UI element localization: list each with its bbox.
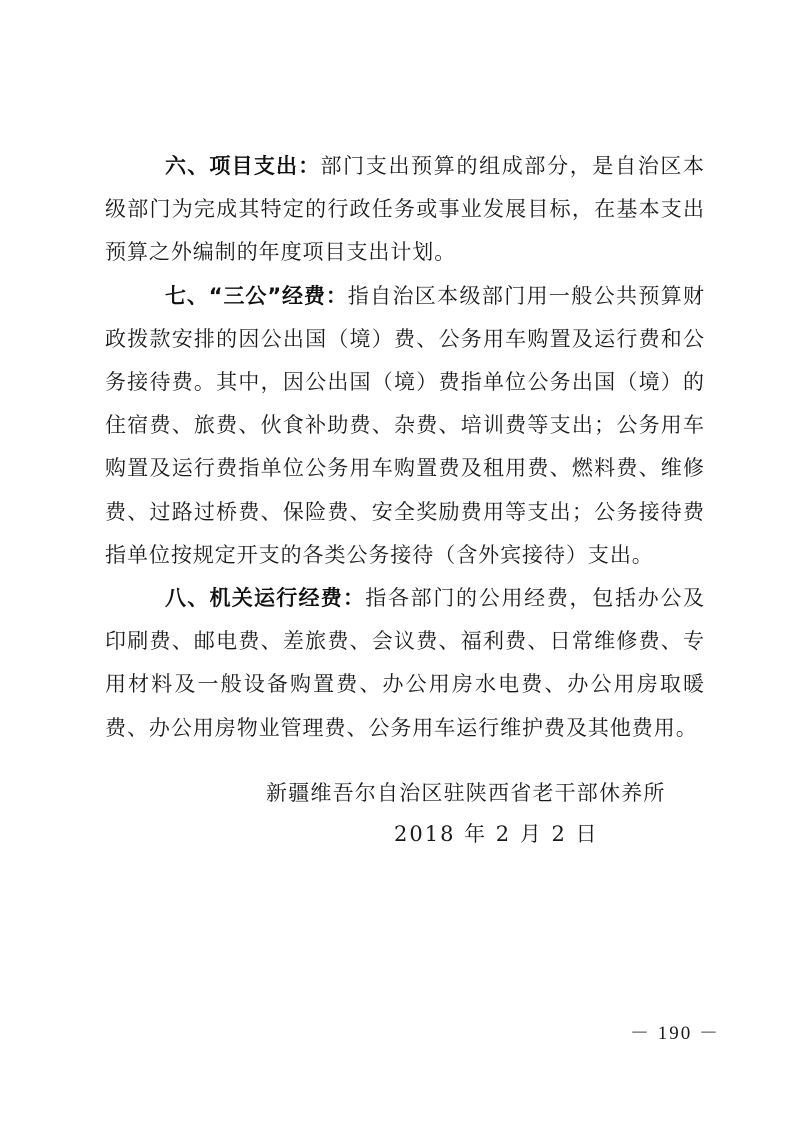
paragraph-heading: 八、机关运行经费： <box>165 586 365 610</box>
paragraph-three-public-expenses: 七、“三公”经费：指自治区本级部门用一般公共预算财政拨款安排的因公出国（境）费、… <box>105 275 705 577</box>
paragraph-project-expenditure: 六、项目支出：部门支出预算的组成部分，是自治区本级部门为完成其特定的行政任务或事… <box>105 145 705 275</box>
page-number: － 190 － <box>630 1018 720 1045</box>
paragraph-text: 指自治区本级部门用一般公共预算财政拨款安排的因公出国（境）费、公务用车购置及运行… <box>105 284 705 567</box>
paragraph-heading: 七、“三公”经费： <box>165 284 348 308</box>
paragraph-heading: 六、项目支出： <box>165 154 320 178</box>
document-body: 六、项目支出：部门支出预算的组成部分，是自治区本级部门为完成其特定的行政任务或事… <box>105 145 705 750</box>
paragraph-operating-expenses: 八、机关运行经费：指各部门的公用经费，包括办公及印刷费、邮电费、差旅费、会议费、… <box>105 577 705 750</box>
document-page: 六、项目支出：部门支出预算的组成部分，是自治区本级部门为完成其特定的行政任务或事… <box>0 0 793 1122</box>
signature-date: 2018 年 2 月 2 日 <box>394 818 599 848</box>
signature-organization: 新疆维吾尔自治区驻陕西省老干部休养所 <box>266 777 666 807</box>
